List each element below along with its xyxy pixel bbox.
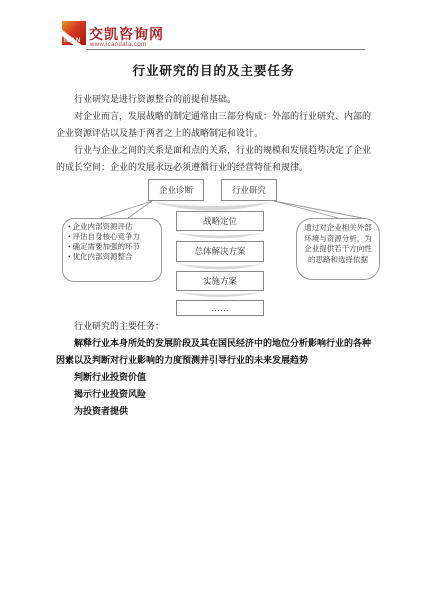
diagram-box-overall-solution: 总体解决方案 [176,241,264,262]
paragraph-3: 行业与企业之间的关系是面和点的关系，行业的规模和发展趋势决定了企业的成长空间；企… [56,142,371,176]
brand-name: 交凯咨询网 [89,24,164,44]
diagram-box-strategic-positioning: 战略定位 [176,211,264,231]
brand-url: www.icandata.com [90,42,146,48]
tasks-heading: 行业研究的主要任务： [56,318,371,335]
diagram-box-implementation-plan: 实施方案 [176,271,264,291]
strategy-diagram: 企业诊断 行业研究 战略定位 总体解决方案 实施方案 …… 企业内部资源评估 评… [0,176,424,318]
right-callout-bubble: 通过对企业相关外部环境与资源分析，为企业提供若干方向性的思路和选择依据 [296,218,380,280]
left-bubble-item: 评估自身核心竞争力 [68,232,158,242]
task-item-2: 判断行业投资价值 [56,369,371,386]
task-item-4: 为投资者提供 [56,403,371,420]
tasks-section: 行业研究的主要任务： 解释行业本身所处的发展阶段及其在国民经济中的地位分析影响行… [56,318,371,420]
left-bubble-item: 优化内部资源整合 [68,252,158,262]
paragraph-1: 行业研究是进行资源整合的前提和基础。 [56,91,371,108]
page-title: 行业研究的目的及主要任务 [56,60,371,82]
document-page: ICAN 交凯咨询网 www.icandata.com 行业研究的目的及主要任务… [0,0,424,600]
diagram-box-enterprise-diagnosis: 企业诊断 [148,179,204,201]
task-item-3: 揭示行业投资风险 [56,386,371,403]
left-bubble-item: 企业内部资源评估 [68,222,158,232]
right-bubble-text: 通过对企业相关外部环境与资源分析，为企业提供若干方向性的思路和选择依据 [301,223,375,265]
paragraph-2: 对企业而言，发展战略的制定通常由三部分构成：外部的行业研究、内部的企业资源评估以… [56,108,371,142]
task-item-1: 解释行业本身所处的发展阶段及其在国民经济中的地位分析影响行业的各种因素以及判断对… [56,335,371,369]
logo-text: ICAN [64,38,81,44]
left-bubble-item: 确定需要加强的环节 [68,242,158,252]
diagram-box-industry-research: 行业研究 [221,179,277,201]
diagram-box-ellipsis: …… [176,300,264,316]
left-callout-bubble: 企业内部资源评估 评估自身核心竞争力 确定需要加强的环节 优化内部资源整合 [62,218,162,282]
header-divider [86,49,365,50]
ican-logo-icon: ICAN [62,21,86,45]
